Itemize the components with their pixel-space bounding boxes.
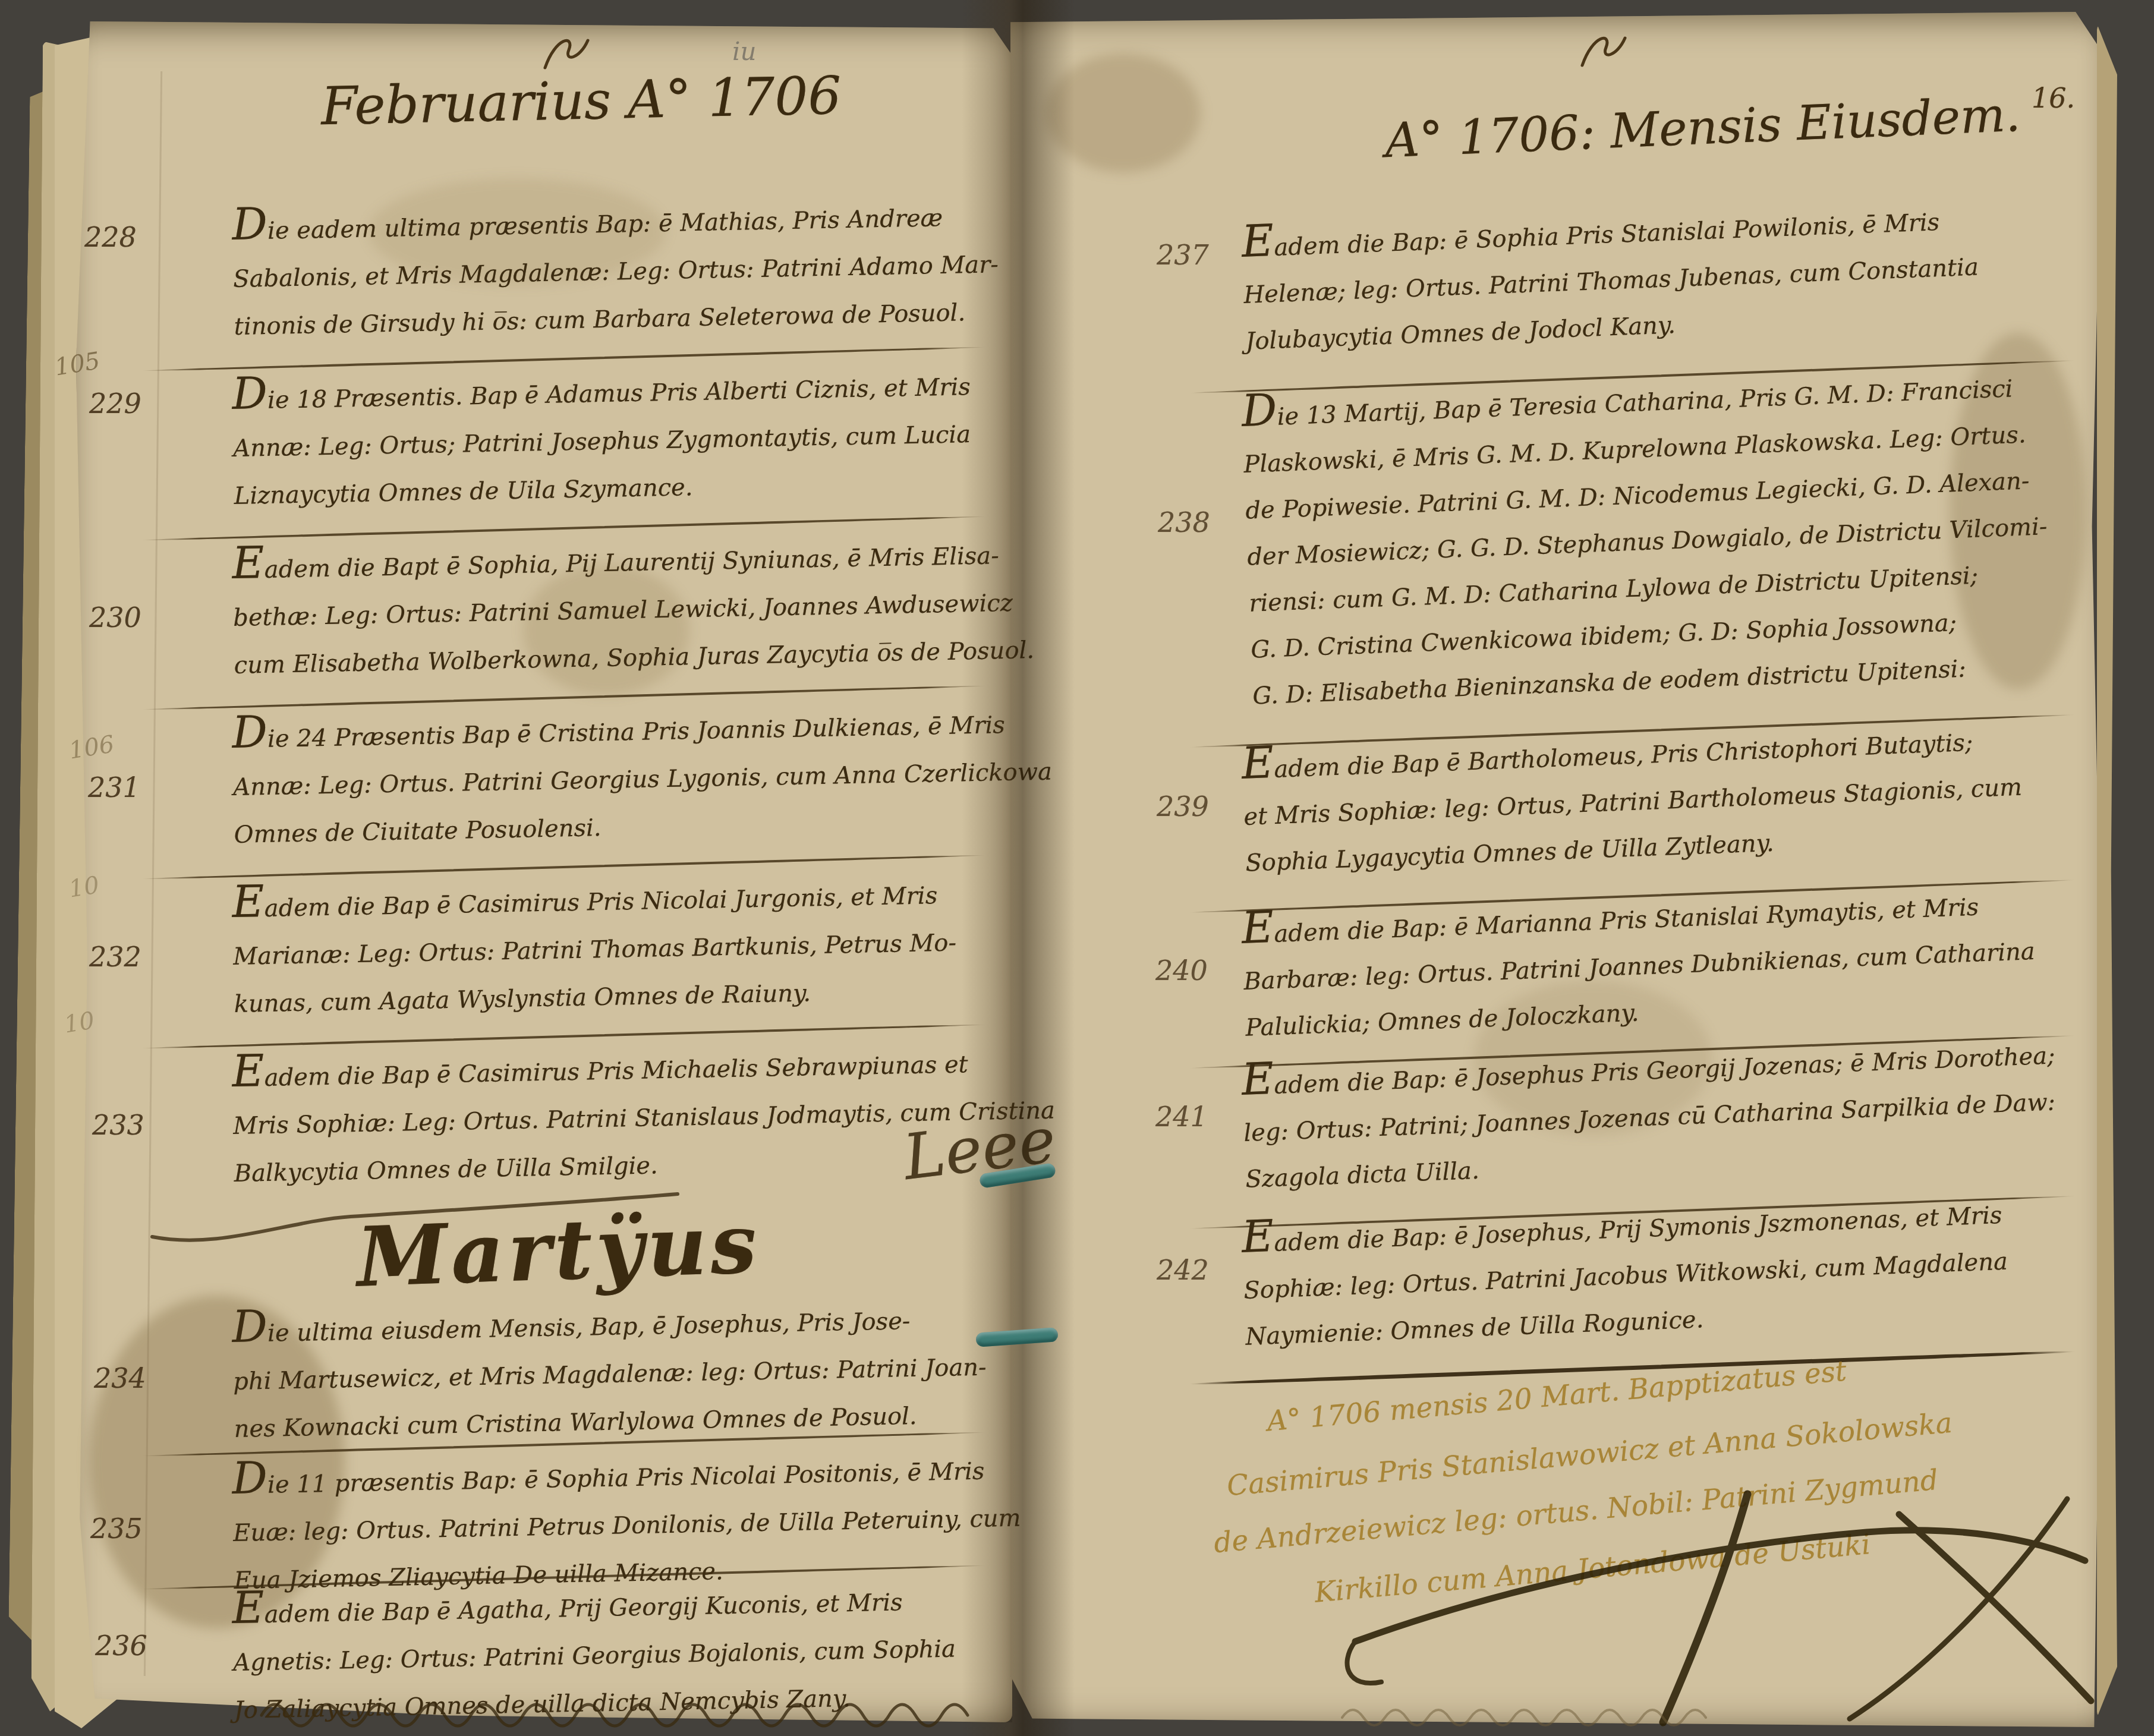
entry-number: 233: [92, 1109, 144, 1141]
baptism-entry: Die 18 Præsentis. Bap ē Adamus Pris Albe…: [232, 363, 995, 520]
pen-practice-marks: [1337, 1700, 1753, 1727]
entry-number: 230: [89, 601, 141, 634]
entry-number: 234: [94, 1362, 146, 1394]
section-heading: Martÿus: [355, 1195, 761, 1306]
ink-scribble: [1331, 1486, 2116, 1735]
pencil-mark: iu: [732, 37, 756, 66]
pen-flourish-icon: [538, 31, 594, 73]
baptism-entry: Die 24 Præsentis Bap ē Cristina Pris Joa…: [232, 701, 995, 859]
pen-practice-marks: [256, 1691, 993, 1727]
baptism-entry: Die 13 Martij, Bap ē Teresia Catharina, …: [1241, 363, 2103, 719]
page-number: 16.: [2032, 82, 2075, 114]
left-page-title: Februarius A° 1706: [320, 65, 842, 137]
book-gutter: [962, 0, 1075, 1736]
baptism-entry: Die eadem ultima præsentis Bap: ē Mathia…: [232, 193, 995, 351]
entry-number: 232: [89, 941, 141, 973]
entry-number: 239: [1157, 790, 1209, 823]
entry-number: 238: [1158, 506, 1210, 538]
fore-edge-leaves: [2097, 24, 2117, 1718]
entry-number: 237: [1157, 239, 1209, 271]
entry-number: 228: [84, 221, 137, 253]
baptism-entry: Eadem die Bap ē Casimirus Pris Michaelis…: [232, 1040, 995, 1198]
folio-number: 10: [67, 871, 101, 903]
folio-number: 10: [62, 1007, 96, 1038]
entry-number: 231: [88, 771, 140, 804]
manuscript-scan: Februarius A° 1706 iu 105 106 10 10 228 …: [0, 0, 2154, 1736]
baptism-entry: Eadem die Bapt ē Sophia, Pij Laurentij S…: [232, 532, 995, 689]
entry-number: 235: [90, 1513, 143, 1545]
entry-number: 229: [89, 387, 141, 420]
entry-number: 236: [95, 1630, 147, 1662]
entry-number: 242: [1157, 1254, 1209, 1286]
pen-flourish-icon: [1575, 29, 1632, 70]
entry-number: 240: [1155, 954, 1208, 987]
baptism-entry: Die ultima eiusdem Mensis, Bap, ē Joseph…: [232, 1296, 995, 1453]
entry-number: 241: [1155, 1101, 1208, 1133]
baptism-entry: Eadem die Bap ē Casimirus Pris Nicolai J…: [232, 871, 995, 1028]
